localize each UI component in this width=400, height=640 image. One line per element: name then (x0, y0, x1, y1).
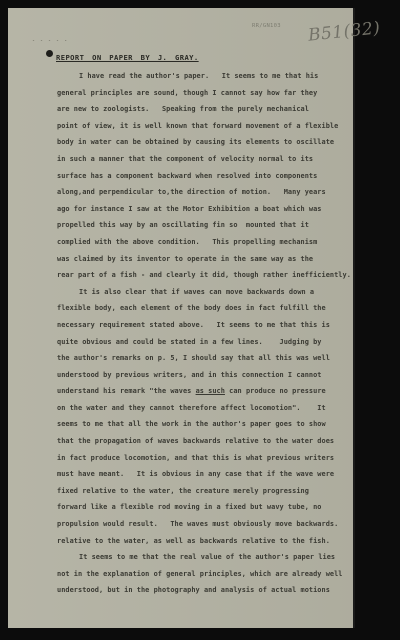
text-line: fixed relative to the water, the creatur… (57, 483, 397, 500)
text-line: are new to zoologists. Speaking from the… (57, 101, 397, 118)
text-line: that the propagation of waves backwards … (57, 433, 397, 450)
text-line: complied with the above condition. This … (57, 234, 397, 251)
text-segment: can produce no pressure (225, 387, 326, 395)
text-line: It is also clear that if waves can move … (57, 284, 397, 301)
text-line: understood by previous writers, and in t… (57, 367, 397, 384)
archive-stamp: RR/GN103 (252, 23, 281, 29)
text-line: in such a manner that the component of v… (57, 151, 397, 168)
text-line: point of view, it is well known that for… (57, 118, 397, 135)
text-line: It seems to me that the real value of th… (57, 549, 397, 566)
margin-marks: - - - - - (32, 38, 68, 44)
text-line: was claimed by its inventor to operate i… (57, 251, 397, 268)
text-line: propulsion would result. The waves must … (57, 516, 397, 533)
text-line: flexible body, each element of the body … (57, 300, 397, 317)
text-line: rear part of a fish - and clearly it did… (57, 267, 397, 284)
report-body: I have read the author's paper. It seems… (57, 68, 397, 599)
text-line: forward like a flexible rod moving in a … (57, 499, 397, 516)
text-line: understood, but in the photography and a… (57, 582, 397, 599)
text-line: I have read the author's paper. It seems… (57, 68, 397, 85)
text-line: body in water can be obtained by causing… (57, 134, 397, 151)
underlined-phrase: as such (196, 387, 225, 395)
text-line: surface has a component backward when re… (57, 168, 397, 185)
text-line: the author's remarks on p. 5, I should s… (57, 350, 397, 367)
text-line: necessary requirement stated above. It s… (57, 317, 397, 334)
text-line: must have meant. It is obvious in any ca… (57, 466, 397, 483)
text-line: in fact produce locomotion, and that thi… (57, 450, 397, 467)
text-line: ago for instance I saw at the Motor Exhi… (57, 201, 397, 218)
report-title: REPORT ON PAPER BY J. GRAY. (56, 53, 199, 62)
text-line-with-underline: understand his remark "the waves as such… (57, 383, 397, 400)
handwritten-reference: B51(32) (307, 18, 381, 45)
text-line: not in the explanation of general princi… (57, 566, 397, 583)
punch-hole-icon (46, 50, 53, 57)
text-line: relative to the water, as well as backwa… (57, 533, 397, 550)
text-line: general principles are sound, though I c… (57, 85, 397, 102)
text-segment: understand his remark "the waves (57, 387, 196, 395)
text-line: along,and perpendicular to,the direction… (57, 184, 397, 201)
text-line: seems to me that all the work in the aut… (57, 416, 397, 433)
text-line: propelled this way by an oscillating fin… (57, 217, 397, 234)
text-line: quite obvious and could be stated in a f… (57, 334, 397, 351)
text-line: on the water and they cannot therefore a… (57, 400, 397, 417)
